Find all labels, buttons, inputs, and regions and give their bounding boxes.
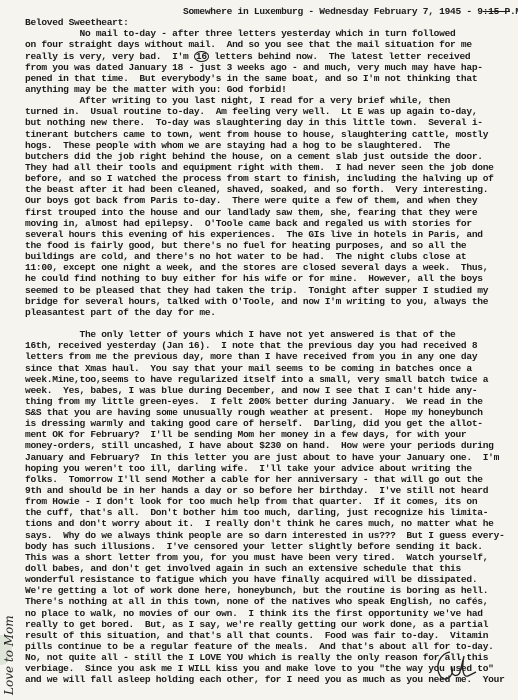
letter-line: doll babes, and don't get involved again…	[25, 563, 513, 574]
letter-line: the food is fairly good, but there's no …	[25, 240, 513, 251]
letter-line: No mail to-day - after three letters yes…	[25, 28, 513, 39]
letter-line: They had all their tools and equipment r…	[25, 162, 513, 173]
letter-line: The only letter of yours which I have no…	[25, 329, 513, 340]
letter-line: several hours this evening of his experi…	[25, 229, 513, 240]
letter-body: Somewhere in Luxemburg - Wednesday Febru…	[25, 6, 513, 686]
letter-line: ment OK for February? I'll be sending Mo…	[25, 429, 513, 440]
handwritten-margin-note: Love to Mom	[2, 575, 20, 695]
letter-line: moving in, almost had epilepsy. O'Toole …	[25, 218, 513, 229]
letter-line: says. Why do we always think people are …	[25, 530, 513, 541]
letter-line: folks. Tomorrow I'll send Mother a cable…	[25, 474, 513, 485]
letter-line: the cuff, that's all. Don't bother him t…	[25, 507, 513, 518]
letter-line	[25, 318, 513, 329]
letter-line: money-orders, still uncashed, I have abo…	[25, 440, 513, 451]
letter-line: January and February? In this letter you…	[25, 452, 513, 463]
letter-line: on four straight days without mail. And …	[25, 39, 513, 50]
time-suffix: .M.	[510, 6, 518, 17]
letter-line: anything may be the matter with you: God…	[25, 84, 513, 95]
letter-line: letters from me the previous day, more t…	[25, 351, 513, 362]
letter-line: first trouped into the house and our lan…	[25, 207, 513, 218]
letter-dateline: Somewhere in Luxemburg - Wednesday Febru…	[25, 6, 513, 17]
letter-line: tinerant butchers came to town, went fro…	[25, 129, 513, 140]
letter-line: is dressing warmly and taking good care …	[25, 418, 513, 429]
letter-line: hoping you weren't too ill, darling wife…	[25, 463, 513, 474]
letter-line: 9th and should be in her hands a day or …	[25, 485, 513, 496]
letter-line: really is very, very bad. I'm 16 letters…	[25, 51, 513, 62]
salutation: Beloved Sweetheart:	[25, 17, 513, 28]
letter-line: This was a short letter from you, for yo…	[25, 552, 513, 563]
letter-line: from you was dated January 18 - just 3 w…	[25, 62, 513, 73]
letter-line: week. Yes, babes, I was blue during Dece…	[25, 385, 513, 396]
dateline-text: Somewhere in Luxemburg - Wednesday Febru…	[183, 6, 483, 17]
letter-line: There's nothing at all in this town, non…	[25, 596, 513, 607]
letter-line: body has such illusions. I've censored y…	[25, 541, 513, 552]
letter-line: tions and don't worry about it. I really…	[25, 518, 513, 529]
letter-page: Somewhere in Luxemburg - Wednesday Febru…	[0, 0, 518, 700]
letter-line: but nothing new there. To-day was slaugh…	[25, 117, 513, 128]
letter-line: no place to walk, no movies of our own. …	[25, 608, 513, 619]
letter-line: After writing to you last night, I read …	[25, 95, 513, 106]
letter-line: 16th, received yesterday (Jan 16). I not…	[25, 340, 513, 351]
handwritten-signature	[428, 648, 478, 690]
letter-line: pleasantest part of the day for me.	[25, 307, 513, 318]
letter-line: bridge for several hours, talked with O'…	[25, 296, 513, 307]
letter-line: hogs. These people with whom we are stay…	[25, 140, 513, 151]
letter-line: thing from my little green-eyes. I felt …	[25, 396, 513, 407]
struck-time: :15 P	[483, 6, 510, 17]
letter-line: S&S that you are having some unusually r…	[25, 407, 513, 418]
letter-line: Our boys got back from Paris to-day. The…	[25, 195, 513, 206]
letter-line: turned in. Usual routine to-day. Am feel…	[25, 106, 513, 117]
letter-line: wonderful resistance to fatigue which yo…	[25, 574, 513, 585]
letter-line: buildings are cold, and there's no hot w…	[25, 251, 513, 262]
letter-line: the beast after it had been cleaned, sha…	[25, 184, 513, 195]
letter-line: week.Mine,too,seems to have regularized …	[25, 374, 513, 385]
letter-line: result of this situation, and that's all…	[25, 630, 513, 641]
letter-lines: No mail to-day - after three letters yes…	[25, 28, 513, 685]
letter-line: We're getting a lot of work done here, h…	[25, 585, 513, 596]
letter-line: really to get bored. But, as I say, we'r…	[25, 619, 513, 630]
letter-line: seemed to be pleased that they had taken…	[25, 285, 513, 296]
letter-line: before, and so I watched the process fro…	[25, 173, 513, 184]
letter-line: butchers did the job right behind the ho…	[25, 151, 513, 162]
letter-line: he could find nothing to buy either for …	[25, 273, 513, 284]
circled-number: 16	[194, 51, 209, 62]
letter-line: pened in that time. But everybody's in t…	[25, 73, 513, 84]
letter-line: from Howie - I don't look for too much h…	[25, 496, 513, 507]
letter-line: since that Xmas haul. You say that your …	[25, 363, 513, 374]
letter-line: 11:00, except one night a week, and the …	[25, 262, 513, 273]
